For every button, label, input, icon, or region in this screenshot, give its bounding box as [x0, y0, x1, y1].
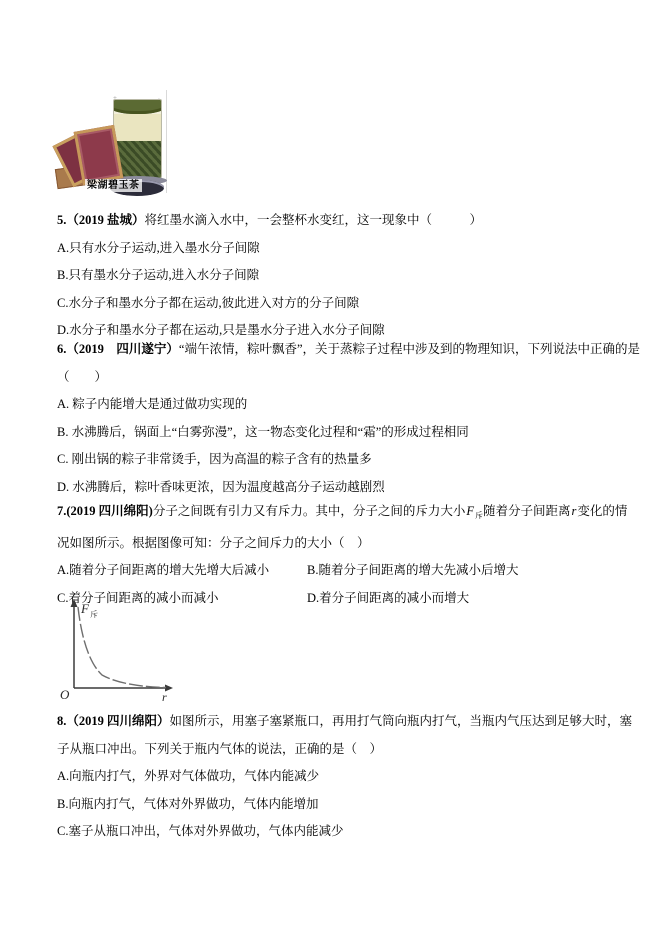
question-7-options-row-1: A.随着分子间距离的增大先增大后减小 B.随着分子间距离的增大先减小后增大	[57, 557, 637, 585]
question-5: 5.（2019 盐城）将红墨水滴入水中，一会整杯水变红，这一现象中（ ） A.只…	[57, 207, 637, 345]
question-8-option-c: C.塞子从瓶口冲出，气体对外界做功，气体内能减少	[57, 818, 637, 846]
question-5-stem-text: 将红墨水滴入水中，一会整杯水变红，这一现象中（ ）	[145, 213, 483, 227]
question-5-option-a: A.只有水分子运动,进入墨水分子间隙	[57, 235, 637, 263]
question-8-stem-text: 如图所示，用塞子塞紧瓶口，再用打气筒向瓶内打气，当瓶内气压达到足够大时，塞	[170, 714, 633, 728]
photo-caption: 梁湖碧玉茶	[85, 179, 142, 192]
question-7-option-a: A.随着分子间距离的增大先增大后减小	[57, 557, 307, 585]
force-distance-chart: F 斥 r O	[50, 596, 185, 708]
question-6-option-a: A. 粽子内能增大是通过做功实现的	[57, 391, 637, 419]
question-5-option-b: B.只有墨水分子运动,进入水分子间隙	[57, 262, 637, 290]
question-7-option-b: B.随着分子间距离的增大先减小后增大	[307, 557, 518, 585]
question-5-option-c: C.水分子和墨水分子都在运动,彼此进入对方的分子间隙	[57, 290, 637, 318]
figure-force-distance-graph: F 斥 r O	[50, 596, 185, 708]
question-7-stem-line2: 况如图所示。根据图像可知：分子之间斥力的大小（ ）	[57, 530, 637, 558]
force-symbol: F	[465, 504, 475, 518]
question-5-stem: 5.（2019 盐城）将红墨水滴入水中，一会整杯水变红，这一现象中（ ）	[57, 207, 637, 235]
photo-frame-line	[166, 90, 167, 193]
question-6-option-d: D. 水沸腾后，粽叶香味更浓，因为温度越高分子运动越剧烈	[57, 474, 637, 502]
question-8-stem-line2: 子从瓶口冲出。下列关于瓶内气体的说法，正确的是（ ）	[57, 736, 637, 764]
question-6-answer-blank: （ ）	[57, 364, 637, 392]
question-5-number: 5.（2019 盐城）	[57, 213, 145, 227]
tea-floating-leaves	[113, 99, 162, 114]
question-7-stem-a: 分子之间既有引力又有斥力。其中，分子之间的斥力大小	[153, 504, 466, 518]
force-symbol-subscript: 斥	[475, 511, 483, 520]
question-8-stem: 8.（2019 四川绵阳）如图所示，用塞子塞紧瓶口，再用打气筒向瓶内打气，当瓶内…	[57, 708, 637, 736]
question-7-stem-c: 变化的情	[577, 504, 627, 518]
question-6-stem-text: “端午浓情，粽叶飘香”，关于蒸粽子过程中涉及到的物理知识，下列说法中正确的是	[179, 342, 640, 356]
x-axis-label: r	[162, 690, 167, 704]
y-axis-label-subscript: 斥	[90, 610, 98, 619]
question-6: 6.（2019 四川遂宁）“端午浓情，粽叶飘香”，关于蒸粽子过程中涉及到的物理知…	[57, 336, 637, 501]
question-6-stem: 6.（2019 四川遂宁）“端午浓情，粽叶飘香”，关于蒸粽子过程中涉及到的物理知…	[57, 336, 637, 364]
y-axis-label: F	[80, 601, 90, 616]
question-8-number: 8.（2019 四川绵阳）	[57, 714, 170, 728]
worksheet-page: { "page": { "background": "#ffffff" }, "…	[0, 0, 661, 935]
tea-liquid	[114, 114, 161, 141]
question-6-option-b: B. 水沸腾后，锅面上“白雾弥漫”，这一物态变化过程和“霜”的形成过程相同	[57, 419, 637, 447]
origin-label: O	[60, 687, 70, 702]
question-7-stem-b: 随着分子间距离	[483, 504, 571, 518]
question-8-option-b: B.向瓶内打气，气体对外界做功，气体内能增加	[57, 791, 637, 819]
repulsion-curve	[78, 607, 166, 688]
product-photo: + + 梁湖碧玉茶	[55, 90, 167, 198]
question-7: 7.(2019 四川绵阳)分子之间既有引力又有斥力。其中，分子之间的斥力大小F斥…	[57, 498, 637, 612]
question-7-stem: 7.(2019 四川绵阳)分子之间既有引力又有斥力。其中，分子之间的斥力大小F斥…	[57, 498, 637, 530]
question-7-option-d: D.着分子间距离的减小而增大	[307, 585, 469, 613]
question-6-number: 6.（2019 四川遂宁）	[57, 342, 179, 356]
question-8-option-a: A.向瓶内打气，外界对气体做功，气体内能减少	[57, 763, 637, 791]
question-6-option-c: C. 刚出锅的粽子非常烫手，因为高温的粽子含有的热量多	[57, 446, 637, 474]
question-8: 8.（2019 四川绵阳）如图所示，用塞子塞紧瓶口，再用打气筒向瓶内打气，当瓶内…	[57, 708, 637, 846]
question-7-number: 7.(2019 四川绵阳)	[57, 504, 153, 518]
y-axis-arrow-icon	[71, 599, 78, 607]
